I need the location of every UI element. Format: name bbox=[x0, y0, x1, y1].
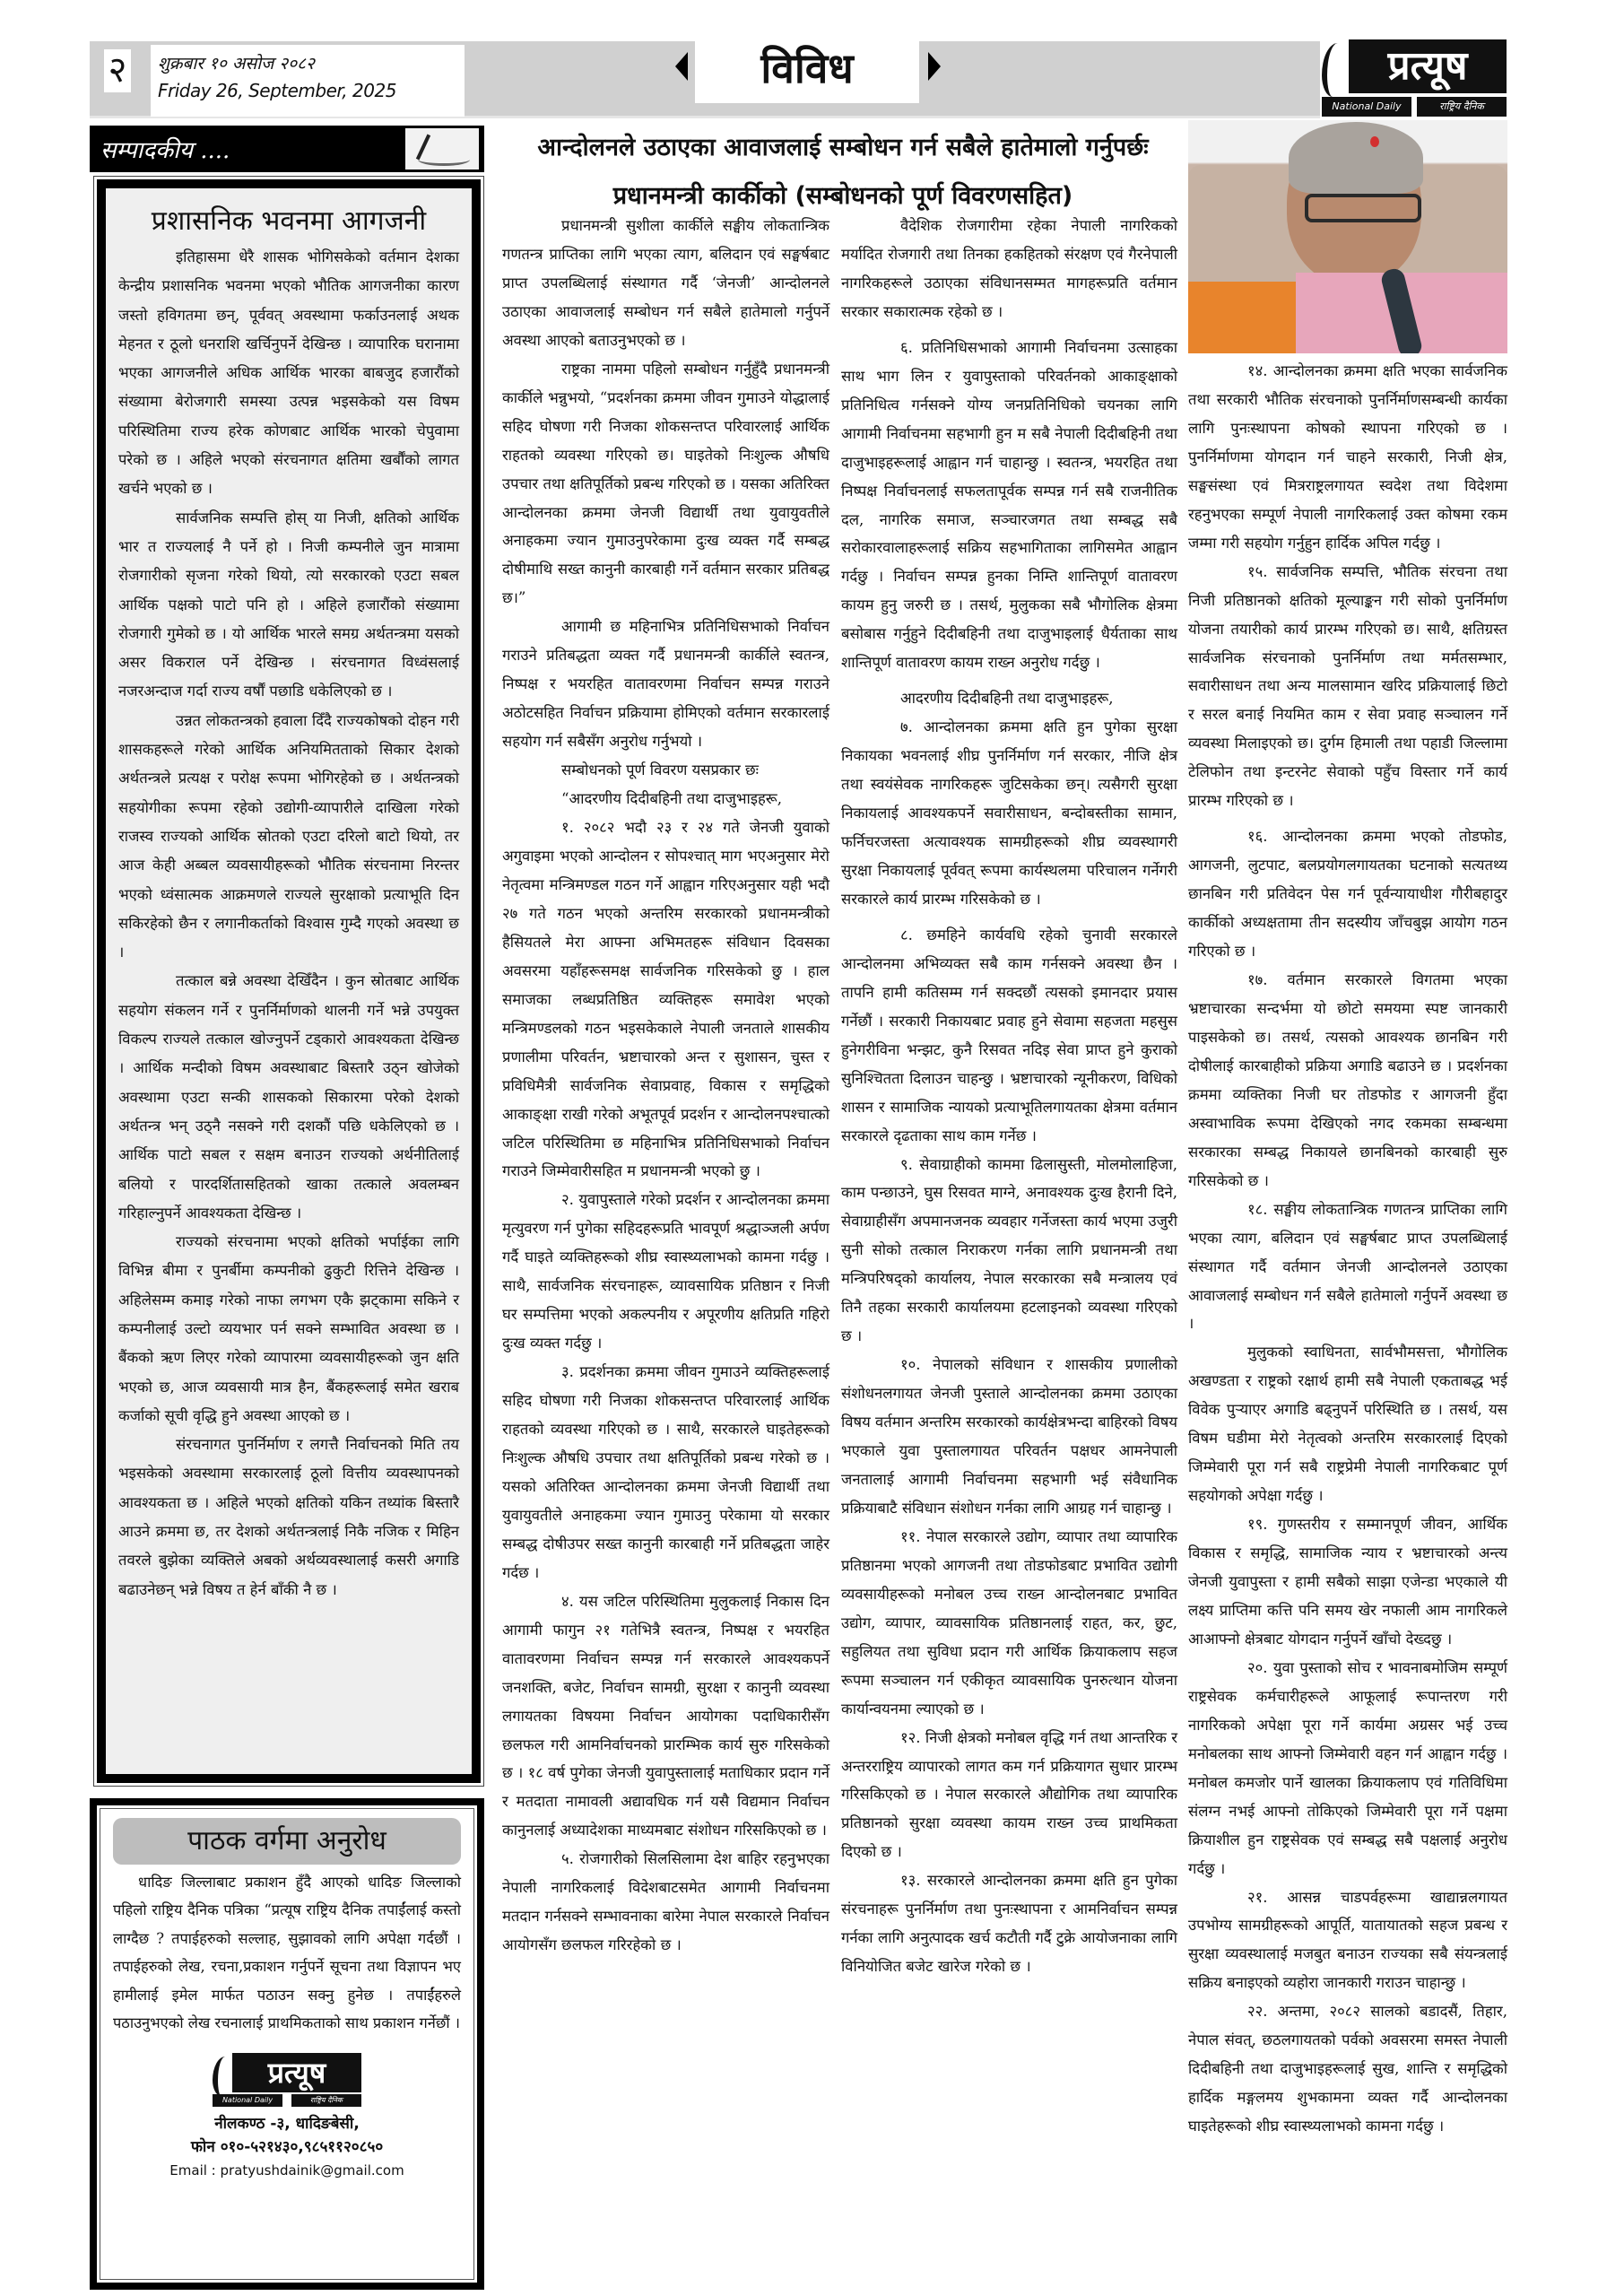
article-paragraph: सम्बोधनको पूर्ण विवरण यसप्रकार छः bbox=[502, 756, 829, 785]
photo-glasses bbox=[1305, 194, 1421, 222]
logo-tag-english: National Daily bbox=[1322, 97, 1411, 117]
article-column-2: वैदेशिक रोजगारीमा रहेका नेपाली नागरिकको … bbox=[841, 212, 1177, 1981]
photo-hair bbox=[1289, 122, 1423, 194]
article-paragraph: ३. प्रदर्शनका क्रममा जीवन गुमाउने व्यक्त… bbox=[502, 1358, 829, 1587]
article-paragraph: १२. निजी क्षेत्रको मनोबल वृद्धि गर्न तथा… bbox=[841, 1724, 1177, 1867]
date-nepali: शुक्रबार १० असोज २०८२ bbox=[158, 50, 457, 77]
article-paragraph: वैदेशिक रोजगारीमा रहेका नेपाली नागरिकको … bbox=[841, 212, 1177, 326]
editorial-paragraph: तत्काल बन्ने अवस्था देखिँदैन । कुन स्रोत… bbox=[118, 967, 459, 1228]
article-paragraph: आगामी छ महिनाभित्र प्रतिनिधिसभाको निर्वा… bbox=[502, 613, 829, 756]
article-headline: आन्दोलनले उठाएका आवाजलाई सम्बोधन गर्न सब… bbox=[502, 124, 1184, 221]
article-paragraph: २२. अन्तमा, २०८२ सालको बडादसैं, तिहार, न… bbox=[1188, 1997, 1507, 2141]
article-paragraph: २०. युवा पुस्ताको सोच र भावनाबमोजिम सम्प… bbox=[1188, 1654, 1507, 1883]
photo-saree-orange bbox=[1188, 282, 1296, 353]
reader-request-content: पाठक वर्गमा अनुरोध धादिङ जिल्लाबाट प्रका… bbox=[100, 1808, 474, 2280]
article-paragraph: १७. वर्तमान सरकारले विगतमा भएका भ्रष्टाच… bbox=[1188, 966, 1507, 1196]
editorial-content: प्रशासनिक भवनमा आगजनी इतिहासमा धेरै शासक… bbox=[97, 179, 481, 1783]
triangle-left-icon bbox=[675, 52, 688, 81]
editorial-paragraph: राज्यको संरचनामा भएको क्षतिको भर्पाईका ल… bbox=[118, 1228, 459, 1431]
article-paragraph: ११. नेपाल सरकारले उद्योग, व्यापार तथा व्… bbox=[841, 1523, 1177, 1724]
editorial-paragraph: सार्वजनिक सम्पत्ति होस् या निजी, क्षतिको… bbox=[118, 504, 459, 707]
logo-tag-nepali: राष्ट्रिय दैनिक bbox=[291, 2094, 361, 2107]
logo-wordmark: प्रत्यूष bbox=[232, 2053, 361, 2092]
article-paragraph: १८. सङ्घीय लोकतान्त्रिक गणतन्त्र प्राप्त… bbox=[1188, 1196, 1507, 1339]
reader-request-body: धादिङ जिल्लाबाट प्रकाशन हुँदै आएको धादिङ… bbox=[113, 1868, 461, 2037]
ink-swoosh-icon bbox=[418, 153, 470, 166]
date-block: शुक्रबार १० असोज २०८२ Friday 26, Septemb… bbox=[151, 45, 465, 117]
spacer bbox=[841, 677, 1177, 684]
reader-request-box: पाठक वर्गमा अनुरोध धादिङ जिल्लाबाट प्रका… bbox=[90, 1798, 484, 2290]
editorial-title: प्रशासनिक भवनमा आगजनी bbox=[118, 201, 459, 238]
article-paragraph: ६. प्रतिनिधिसभाको आगामी निर्वाचनमा उत्सा… bbox=[841, 334, 1177, 677]
article-paragraph: १४. आन्दोलनका क्रममा क्षति भएका सार्वजनि… bbox=[1188, 357, 1507, 558]
article-paragraph: १६. आन्दोलनका क्रममा भएको तोडफोड, आगजनी,… bbox=[1188, 822, 1507, 966]
editorial-label: सम्पादकीय .... bbox=[90, 126, 484, 172]
spacer bbox=[1188, 815, 1507, 822]
office-address: नीलकण्ठ -३, धादिङबेसी, bbox=[113, 2112, 461, 2135]
article-paragraph: ८. छमहिने कार्यवधि रहेको चुनावी सरकारले … bbox=[841, 921, 1177, 1151]
article-paragraph: ७. आन्दोलनका क्रममा क्षति हुन पुगेका सुर… bbox=[841, 713, 1177, 914]
article-paragraph: १५. सार्वजनिक सम्पत्ति, भौतिक संरचना तथा… bbox=[1188, 558, 1507, 816]
spacer bbox=[841, 914, 1177, 921]
article-paragraph: मुलुकको स्वाधिनता, सार्वभौमसत्ता, भौगोलि… bbox=[1188, 1338, 1507, 1510]
feather-icon bbox=[213, 2057, 234, 2096]
logo-tag-nepali: राष्ट्रिय दैनिक bbox=[1417, 97, 1507, 117]
logo-wordmark: प्रत्यूष bbox=[1349, 39, 1507, 93]
reader-request-title: पाठक वर्गमा अनुरोध bbox=[113, 1818, 461, 1865]
article-column-1: प्रधानमन्त्री सुशीला कार्कीले सङ्घीय लोक… bbox=[502, 212, 829, 1960]
article-paragraph: आदरणीय दिदीबहिनी तथा दाजुभाइहरू, bbox=[841, 684, 1177, 713]
article-paragraph: “आदरणीय दिदीबहिनी तथा दाजुभाइहरू, bbox=[502, 785, 829, 813]
editorial-paragraph: इतिहासमा धेरै शासक भोगिसकेको वर्तमान देश… bbox=[118, 243, 459, 504]
article-paragraph: १३. सरकारले आन्दोलनका क्रममा क्षति हुन प… bbox=[841, 1866, 1177, 1981]
page-number: २ bbox=[104, 49, 131, 92]
article-column-3: १४. आन्दोलनका क्रममा क्षति भएका सार्वजनि… bbox=[1188, 357, 1507, 2141]
article-paragraph: २१. आसन्न चाडपर्वहरूमा खाद्यान्नलगायत उप… bbox=[1188, 1883, 1507, 1998]
editorial-paragraph: उन्नत लोकतन्त्रको हवाला दिँदै राज्यकोषको… bbox=[118, 707, 459, 968]
date-english: Friday 26, September, 2025 bbox=[158, 77, 457, 104]
article-paragraph: १. २०८२ भदौ २३ र २४ गते जेनजी युवाको अगु… bbox=[502, 813, 829, 1186]
feather-icon bbox=[1322, 43, 1349, 97]
email-address[interactable]: Email : pratyushdainik@gmail.com bbox=[113, 2159, 461, 2182]
article-paragraph: १०. नेपालको संविधान र शासकीय प्रणालीको स… bbox=[841, 1351, 1177, 1523]
newspaper-logo: प्रत्यूष National Daily राष्ट्रिय दैनिक bbox=[1320, 39, 1508, 118]
editorial-paragraph: संरचनागत पुनर्निर्माण र लगत्तै निर्वाचनक… bbox=[118, 1431, 459, 1605]
editorial-box: प्रशासनिक भवनमा आगजनी इतिहासमा धेरै शासक… bbox=[93, 176, 484, 1787]
article-paragraph: प्रधानमन्त्री सुशीला कार्कीले सङ्घीय लोक… bbox=[502, 212, 829, 355]
phone-numbers: फोन ०१०-५२१४३०,९८५११२०८५० bbox=[113, 2135, 461, 2159]
article-paragraph: २. युवापुस्ताले गरेको प्रदर्शन र आन्दोलन… bbox=[502, 1186, 829, 1358]
article-paragraph: राष्ट्रका नाममा पहिलो सम्बोधन गर्नुहुँदै… bbox=[502, 355, 829, 613]
section-title: विविध bbox=[695, 36, 919, 103]
spacer bbox=[841, 326, 1177, 334]
reader-logo: प्रत्यूष National Daily राष्ट्रिय दैनिक bbox=[211, 2053, 363, 2107]
logo-tag-english: National Daily bbox=[213, 2094, 282, 2107]
article-paragraph: ४. यस जटिल परिस्थितिमा मुलुकलाई निकास दि… bbox=[502, 1587, 829, 1846]
editorial-label-text: सम्पादकीय .... bbox=[100, 133, 230, 165]
article-paragraph: १९. गुणस्तरीय र सम्मानपूर्ण जीवन, आर्थिक… bbox=[1188, 1510, 1507, 1654]
article-paragraph: ५. रोजगारीको सिलसिलामा देश बाहिर रहनुभएक… bbox=[502, 1845, 829, 1960]
article-paragraph: ९. सेवाग्राहीको काममा ढिलासुस्ती, मोलमोल… bbox=[841, 1151, 1177, 1352]
pen-icon-box bbox=[405, 128, 479, 170]
article-photo bbox=[1188, 120, 1507, 353]
photo-bindi bbox=[1370, 136, 1379, 147]
triangle-right-icon bbox=[928, 52, 941, 81]
